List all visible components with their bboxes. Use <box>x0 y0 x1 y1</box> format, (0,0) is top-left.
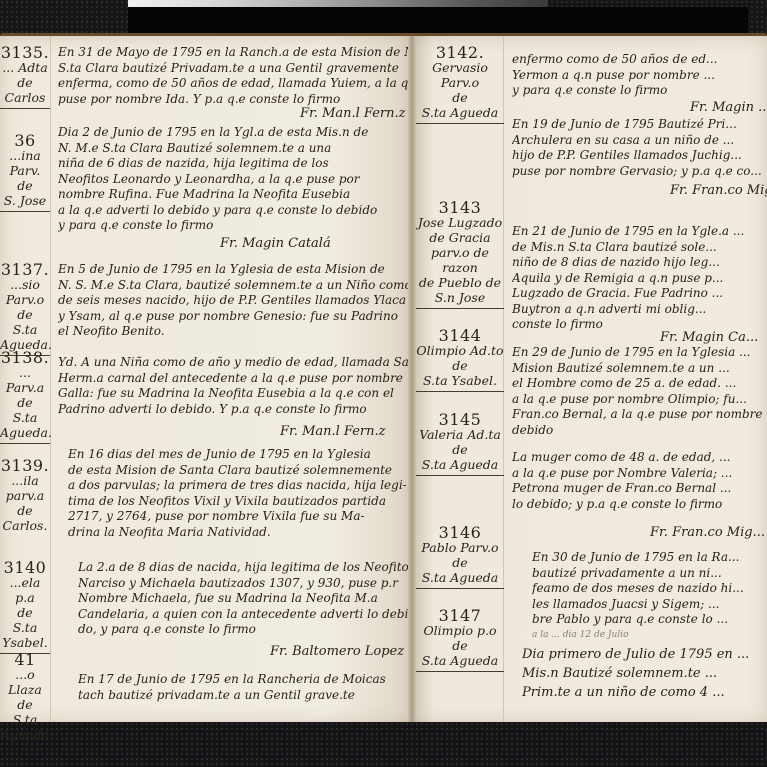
text-line: Narciso y Michaela bautizados 1307, y 93… <box>78 576 408 592</box>
text-line: En 5 de Junio de 1795 en la Yglesia de e… <box>58 262 408 278</box>
text-line: Candelaria, a quien con la antecedente a… <box>78 607 408 623</box>
margin-de: de <box>0 697 50 712</box>
text-line: Padrino adverti lo debido. Y p.a q.e con… <box>58 402 408 418</box>
signature: Fr. Man.l Fern.z <box>280 424 386 439</box>
text-line: Buytron a q.n adverti mi oblig... <box>512 302 767 318</box>
text-line: Nombre Michaela, fue su Madrina la Neofi… <box>78 591 408 607</box>
entry-number: 3147 <box>416 608 504 623</box>
entry-number: 3139. <box>0 458 50 473</box>
margin-name: ... Parv.a <box>0 365 50 395</box>
margin-underline <box>0 211 50 212</box>
entry-margin-note: 3139. ...ila parv.a de Carlos. <box>0 458 50 533</box>
entry-number: 3135. <box>0 45 50 60</box>
margin-underline <box>416 671 504 672</box>
entry-body: En 19 de Junio de 1795 Bautizé Pri... Ar… <box>512 117 767 179</box>
text-line: de Mis.n S.ta Clara bautizé sole... <box>512 240 767 256</box>
margin-name: ... Adta <box>0 60 50 75</box>
text-line: La muger como de 48 a. de edad, ... <box>512 450 767 466</box>
entry-margin-note: 3135. ... Adta de Carlos <box>0 45 50 109</box>
text-line: Lugzado de Gracia. Fue Padrino ... <box>512 286 767 302</box>
entry-number: 3137. <box>0 262 50 277</box>
text-line: a la q.e puse por nombre Olimpio; fu... <box>512 392 767 408</box>
text-line: y para q.e conste lo firmo <box>512 83 767 99</box>
text-line: el Hombre como de 25 a. de edad. ... <box>512 376 767 392</box>
text-line: tima de los Neofitos Vixil y Vixila baut… <box>68 494 408 510</box>
text-line: do, y para q.e conste lo firmo <box>78 622 408 638</box>
entry-body: Dia primero de Julio de 1795 en ... Mis.… <box>522 645 767 702</box>
entry-body: En 21 de Junio de 1795 en la Ygle.a ... … <box>512 224 767 333</box>
text-line: Mis.n Bautizé solemnem.te ... <box>522 664 767 683</box>
text-line: niño de 8 dias de nazido hijo leg... <box>512 255 767 271</box>
entry-body: La 2.a de 8 dias de nacida, hija legitim… <box>78 560 408 638</box>
entry-margin-note: 3144 Olimpio Ad.to de S.ta Ysabel. <box>416 328 504 392</box>
text-line: Yermon a q.n puse por nombre ... <box>512 68 767 84</box>
margin-name: ...ila parv.a <box>0 473 50 503</box>
signature: Fr. Magin Ca... <box>660 330 758 345</box>
text-line: puse por nombre Gervasio; y p.a q.e co..… <box>512 164 767 180</box>
entry-margin-note: 3137. ...sio Parv.o de S.ta Agueda. <box>0 262 50 356</box>
margin-name: Olimpio Ad.to <box>416 343 504 358</box>
text-line: Dia primero de Julio de 1795 en ... <box>522 645 767 664</box>
signature: Fr. Baltomero Lopez <box>270 644 404 659</box>
grayscale-calibration-strip <box>128 0 548 7</box>
margin-place: S.ta Agueda <box>416 570 504 585</box>
margin-de: de <box>416 90 504 105</box>
entry-number: 36 <box>0 133 50 148</box>
margin-de: de <box>0 395 50 410</box>
entry-number: 41 <box>0 652 50 667</box>
margin-name: ...ela p.a <box>0 575 50 605</box>
margin-underline <box>416 391 504 392</box>
margin-place: Carlos <box>0 90 50 105</box>
margin-name: Valeria Ad.ta <box>416 427 504 442</box>
text-line: 2717, y 2764, puse por nombre Vixila fue… <box>68 509 408 525</box>
text-line: a la q.e adverti lo debido y para q.e co… <box>58 203 408 219</box>
margin-underline <box>416 588 504 589</box>
text-line: Yd. A una Niña como de año y medio de ed… <box>58 355 408 371</box>
entry-margin-note: 3146 Pablo Parv.o de S.ta Agueda <box>416 525 504 589</box>
text-line: En 31 de Mayo de 1795 en la Ranch.a de e… <box>58 45 408 61</box>
entry-number: 3146 <box>416 525 504 540</box>
margin-name: ...ina Parv. <box>0 148 50 178</box>
strip-shadow <box>128 7 748 35</box>
text-line: drina la Neofita Maria Natividad. <box>68 525 408 541</box>
entry-number: 3138. <box>0 350 50 365</box>
text-line: Herm.a carnal del antecedente a la q.e p… <box>58 371 408 387</box>
text-line: y Ysam, al q.e puse por nombre Genesio: … <box>58 309 408 325</box>
entry-number: 3145 <box>416 412 504 427</box>
margin-de: de <box>0 307 50 322</box>
margin-line: parv.o de razon <box>416 245 504 275</box>
margin-place: S.ta Agueda <box>416 457 504 472</box>
book-gutter <box>408 36 416 724</box>
signature: Fr. Magin ... <box>690 100 767 115</box>
entry-body: En 17 de Junio de 1795 en la Rancheria d… <box>78 672 408 703</box>
text-line: N. S. M.e S.ta Clara, bautizé solemnem.t… <box>58 278 408 294</box>
margin-place: S.ta Agueda <box>416 105 504 120</box>
margin-underline <box>416 475 504 476</box>
text-line: enferma, como de 50 años de edad, llamad… <box>58 76 408 92</box>
entry-body: En 16 dias del mes de Junio de 1795 en l… <box>68 447 408 540</box>
text-line: Archulera en su casa a un niño de ... <box>512 133 767 149</box>
text-line: debido <box>512 423 767 439</box>
margin-place: S.ta Ysabel. <box>416 373 504 388</box>
text-line: hijo de P.P. Gentiles llamados Juchig... <box>512 148 767 164</box>
signature: Fr. Magin Catalá <box>220 236 331 251</box>
text-line: En 17 de Junio de 1795 en la Rancheria d… <box>78 672 408 688</box>
text-line: bre Pablo y para q.e conste lo ... <box>532 612 767 628</box>
margin-line: de Gracia <box>416 230 504 245</box>
text-line: puse por nombre Ida. Y p.a q.e conste lo… <box>58 92 408 108</box>
margin-de: de <box>416 442 504 457</box>
text-line: les llamados Juacsi y Sigem; ... <box>532 597 767 613</box>
margin-underline <box>416 123 504 124</box>
text-line: de esta Mision de Santa Clara bautizé so… <box>68 463 408 479</box>
text-line: nombre Rufina. Fue Madrina la Neofita Eu… <box>58 187 408 203</box>
text-line: y para q.e conste lo firmo <box>58 218 408 234</box>
margin-de: de <box>416 358 504 373</box>
margin-place: S.n Jose <box>416 290 504 305</box>
margin-de: de <box>416 638 504 653</box>
text-line-faint-note: a la ... dia 12 de Julio <box>532 628 767 644</box>
text-line: En 16 dias del mes de Junio de 1795 en l… <box>68 447 408 463</box>
margin-place: Carlos. <box>0 518 50 533</box>
entry-body: Yd. A una Niña como de año y medio de ed… <box>58 355 408 417</box>
entry-number: 3142. <box>416 45 504 60</box>
entry-margin-note: 3147 Olimpio p.o de S.ta Agueda <box>416 608 504 672</box>
text-line: Dia 2 de Junio de 1795 en la Ygl.a de es… <box>58 125 408 141</box>
text-line: lo debido; y p.a q.e conste lo firmo <box>512 497 767 513</box>
signature: Fr. Fran.co Mig... <box>650 525 765 540</box>
text-line: N. M.e S.ta Clara Bautizé solemnem.te a … <box>58 141 408 157</box>
signature: Fr. Fran.co Mig... <box>670 183 767 198</box>
entry-body: En 31 de Mayo de 1795 en la Ranch.a de e… <box>58 45 408 107</box>
margin-de: de <box>0 605 50 620</box>
margin-line: de Pueblo de <box>416 275 504 290</box>
entry-body: enfermo como de 50 años de ed... Yermon … <box>512 52 767 99</box>
signature: Fr. Man.l Fern.z <box>300 106 406 121</box>
entry-margin-note: 3143 Jose Lugzado de Gracia parv.o de ra… <box>416 200 504 309</box>
entry-number: 3140 <box>0 560 50 575</box>
text-line: Prim.te a un niño de como 4 ... <box>522 683 767 702</box>
margin-name: ...o Llaza <box>0 667 50 697</box>
entry-body: En 30 de Junio de 1795 en la Ra... bauti… <box>532 550 767 643</box>
entry-margin-note: 36 ...ina Parv. de S. Jose <box>0 133 50 212</box>
text-line: S.ta Clara bautizé Privadam.te a una Gen… <box>58 61 408 77</box>
text-line: Neofitos Leonardo y Leonardha, a la q.e … <box>58 172 408 188</box>
margin-underline <box>0 443 50 444</box>
text-line: de seis meses nacido, hijo de P.P. Genti… <box>58 293 408 309</box>
entry-margin-note: 41 ...o Llaza de S.ta Agueda <box>0 652 50 742</box>
entry-margin-note: 3138. ... Parv.a de S.ta Agueda. <box>0 350 50 444</box>
text-line: el Neofito Benito. <box>58 324 408 340</box>
text-line: niña de 6 dias de nazida, hija legitima … <box>58 156 408 172</box>
entry-margin-note: 3140 ...ela p.a de S.ta Ysabel. <box>0 560 50 654</box>
margin-de: de <box>0 75 50 90</box>
margin-name: ...sio Parv.o <box>0 277 50 307</box>
text-line: En 19 de Junio de 1795 Bautizé Pri... <box>512 117 767 133</box>
entry-number: 3144 <box>416 328 504 343</box>
text-line: bautizé privadamente a un ni... <box>532 566 767 582</box>
margin-place: S.ta Ysabel. <box>0 620 50 650</box>
margin-name: Pablo Parv.o de <box>416 540 504 570</box>
entry-body: En 29 de Junio de 1795 en la Yglesia ...… <box>512 345 767 438</box>
text-line: enfermo como de 50 años de ed... <box>512 52 767 68</box>
entry-number: 3143 <box>416 200 504 215</box>
text-line: En 21 de Junio de 1795 en la Ygle.a ... <box>512 224 767 240</box>
entry-body: En 5 de Junio de 1795 en la Yglesia de e… <box>58 262 408 340</box>
text-line: En 29 de Junio de 1795 en la Yglesia ... <box>512 345 767 361</box>
text-line: a la q.e puse por Nombre Valeria; ... <box>512 466 767 482</box>
text-line: feamo de dos meses de nazido hi... <box>532 581 767 597</box>
margin-place: S. Jose <box>0 193 50 208</box>
entry-margin-note: 3145 Valeria Ad.ta de S.ta Agueda <box>416 412 504 476</box>
margin-name: Jose Lugzado <box>416 215 504 230</box>
entry-body: Dia 2 de Junio de 1795 en la Ygl.a de es… <box>58 125 408 234</box>
text-line: En 30 de Junio de 1795 en la Ra... <box>532 550 767 566</box>
text-line: Mision Bautizé solemnem.te a un ... <box>512 361 767 377</box>
entry-body: La muger como de 48 a. de edad, ... a la… <box>512 450 767 512</box>
margin-de: de <box>0 503 50 518</box>
margin-underline <box>0 108 50 109</box>
margin-place: S.ta Agueda <box>416 653 504 668</box>
left-margin-rule <box>50 36 51 724</box>
text-line: Petrona muger de Fran.co Bernal ... <box>512 481 767 497</box>
margin-place: S.ta Agueda. <box>0 410 50 440</box>
photo-backdrop-bottom <box>0 722 767 767</box>
text-line: Aquila y de Remigia a q.n puse p... <box>512 271 767 287</box>
margin-de: de <box>0 178 50 193</box>
text-line: a dos parvulas; la primera de tres dias … <box>68 478 408 494</box>
entry-margin-note: 3142. Gervasio Parv.o de S.ta Agueda <box>416 45 504 124</box>
margin-underline <box>416 308 504 309</box>
text-line: La 2.a de 8 dias de nacida, hija legitim… <box>78 560 408 576</box>
text-line: Fran.co Bernal, a la q.e puse por nombre… <box>512 407 767 423</box>
margin-name: Gervasio Parv.o <box>416 60 504 90</box>
text-line: tach bautizé privadam.te a un Gentil gra… <box>78 688 408 704</box>
margin-place: S.ta Agueda <box>0 712 50 742</box>
text-line: Galla: fue su Madrina la Neofita Eusebia… <box>58 386 408 402</box>
margin-name: Olimpio p.o <box>416 623 504 638</box>
